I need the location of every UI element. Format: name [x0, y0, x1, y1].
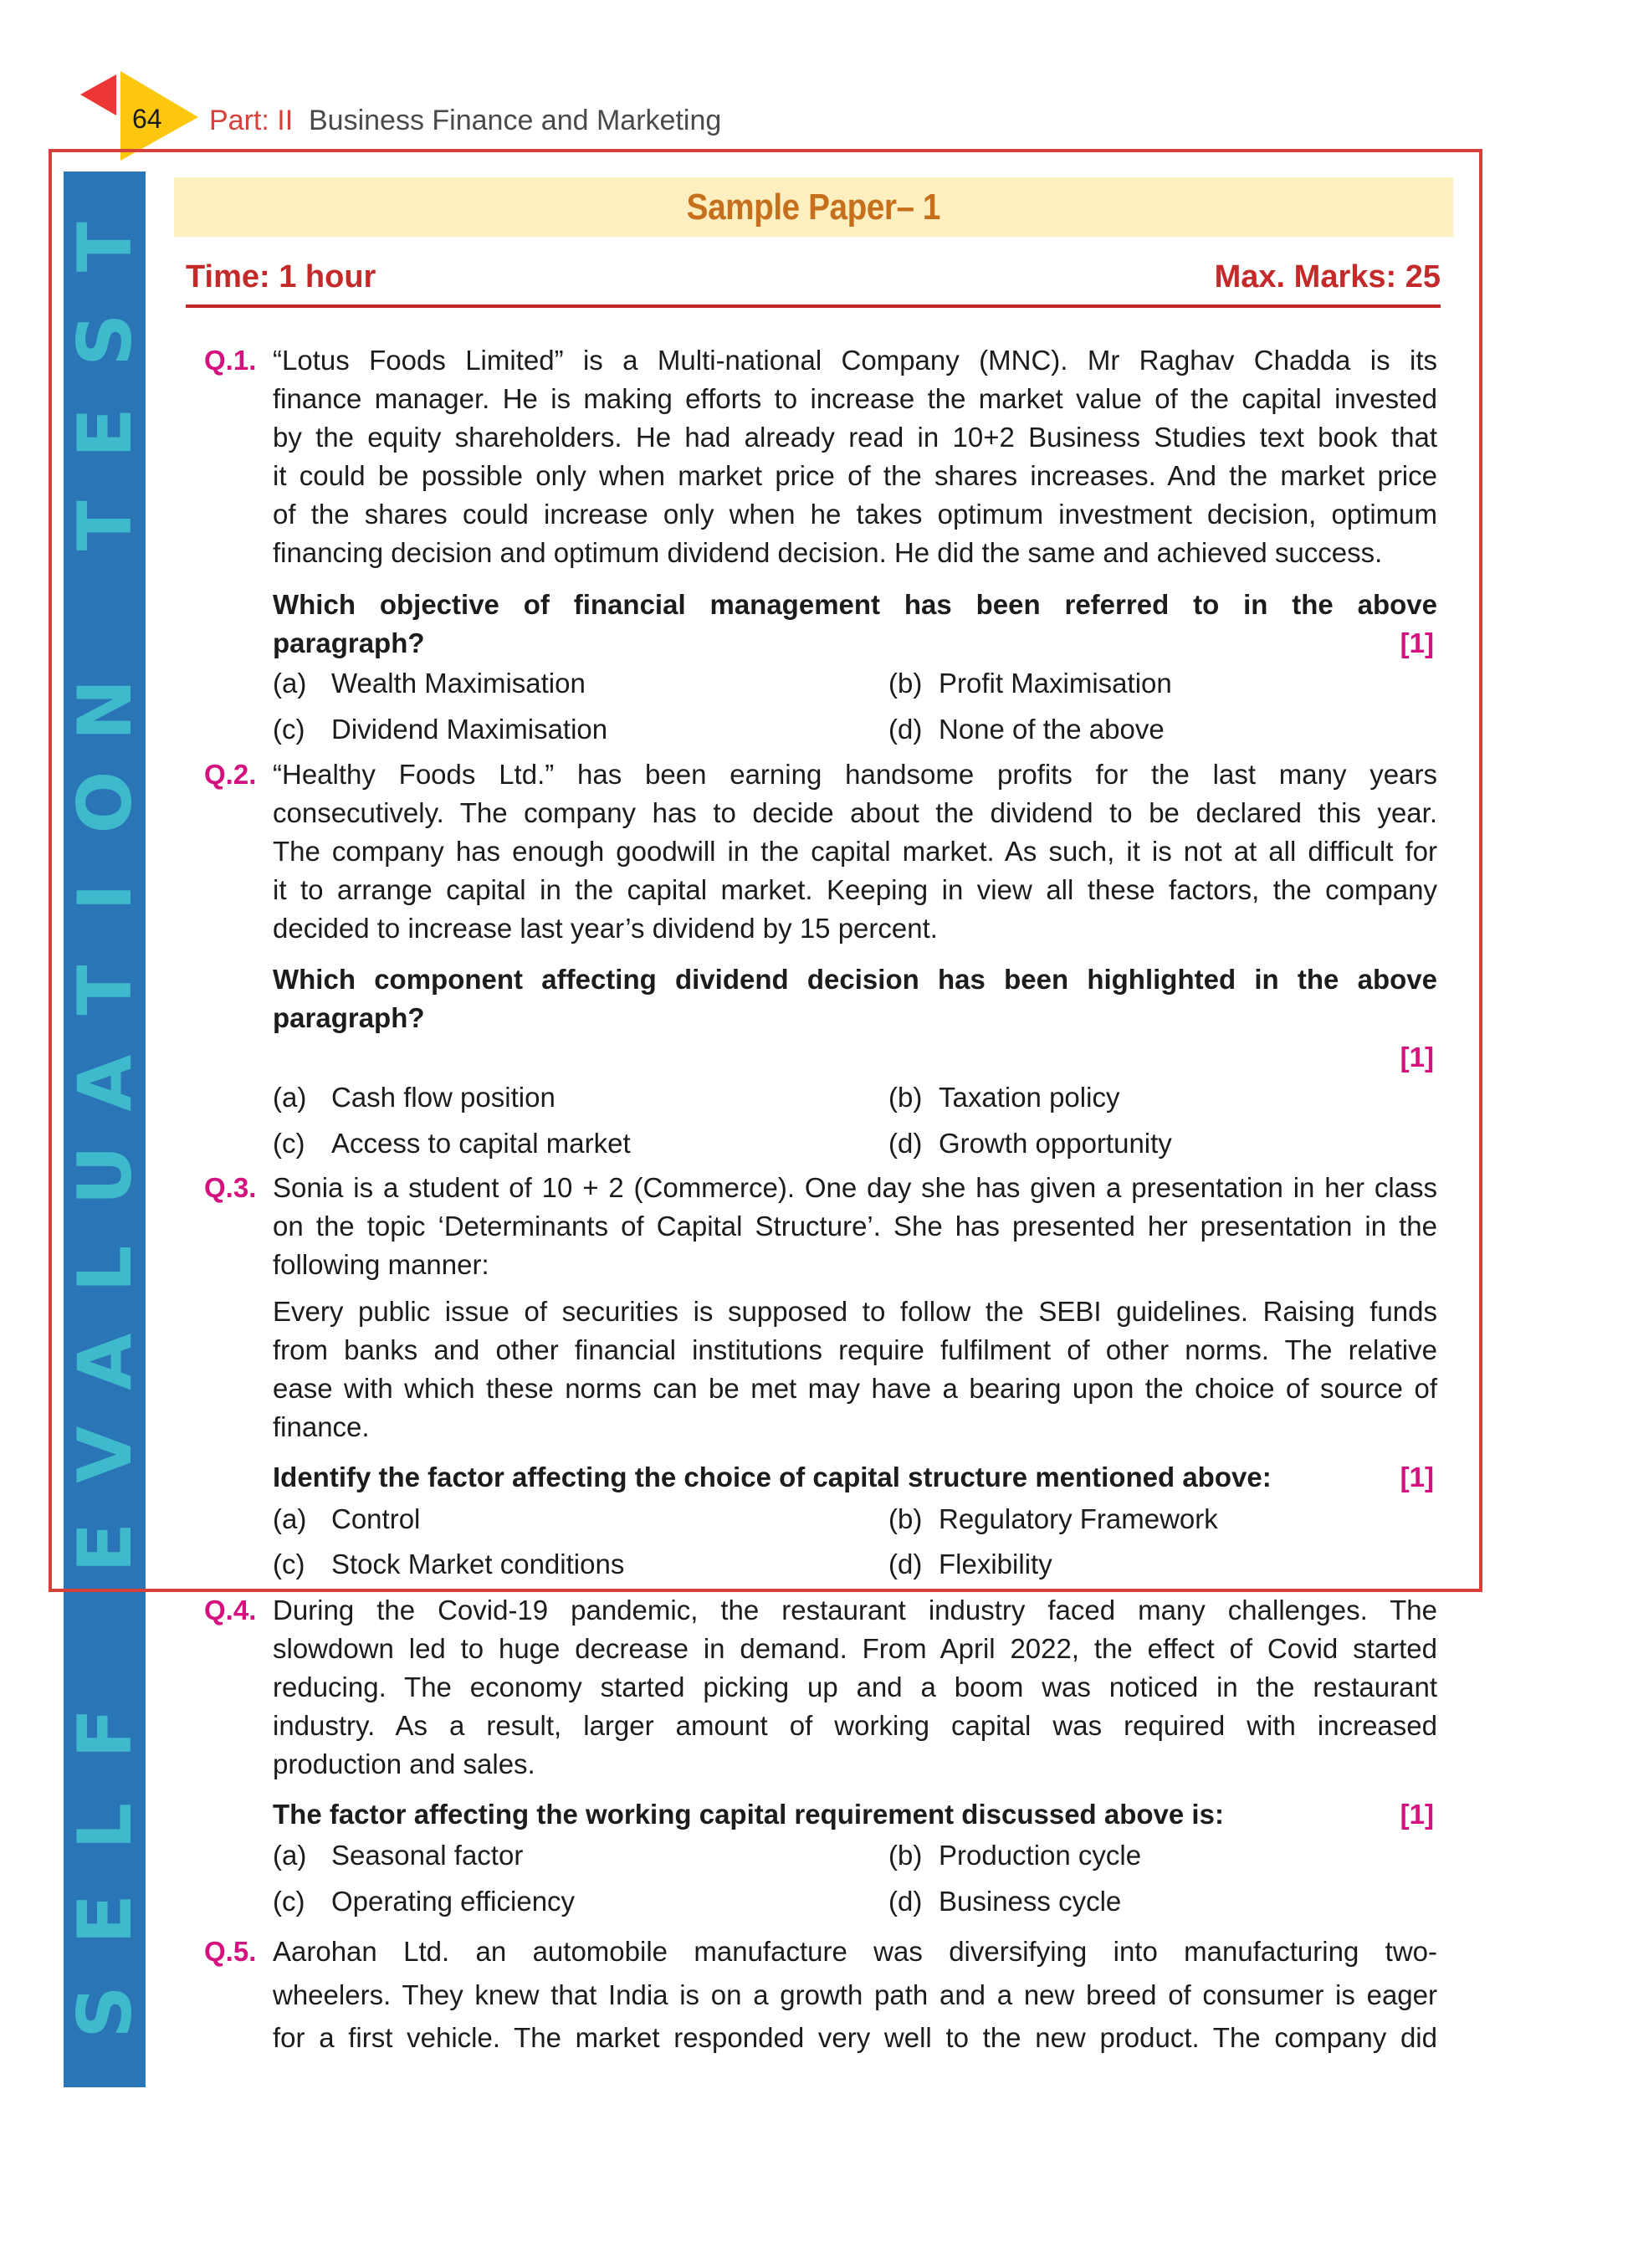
sidebar-letter: T — [62, 496, 148, 555]
sidebar-letter: E — [62, 1518, 148, 1577]
marks-badge: [1] — [1400, 1462, 1434, 1493]
sidebar-letter: T — [62, 960, 148, 1019]
option-a: (a)Cash flow position — [273, 1082, 555, 1114]
question-number: Q.1. — [204, 345, 256, 376]
option-c: (c)Dividend Maximisation — [273, 714, 607, 745]
question-text-line: “Lotus Foods Limited” is a Multi-nationa… — [273, 345, 1437, 376]
sidebar-letter: E — [62, 403, 148, 462]
option-d: (d)Business cycle — [888, 1886, 1121, 1917]
sidebar-letter: T — [62, 218, 148, 276]
header-part-label: Part: II — [209, 105, 301, 137]
question-text-line: by the equity shareholders. He had alrea… — [273, 422, 1437, 453]
sidebar-letter: V — [62, 1426, 148, 1484]
question-prompt: Which component affecting dividend decis… — [273, 964, 1437, 996]
question-text-line: Every public issue of securities is supp… — [273, 1296, 1437, 1328]
question-text-line: decided to increase last year’s dividend… — [273, 913, 1437, 945]
question-number: Q.3. — [204, 1172, 256, 1204]
question-text-line: on the topic ‘Determinants of Capital St… — [273, 1211, 1437, 1242]
option-d: (d)None of the above — [888, 714, 1165, 745]
question-text-line: finance. — [273, 1411, 1437, 1443]
question-number: Q.4. — [204, 1595, 256, 1626]
question-text-line: it could be possible only when market pr… — [273, 460, 1437, 492]
sidebar-letter: I — [62, 868, 148, 926]
sidebar-self-evaluation-test: SELF EVALUATION TEST — [64, 172, 146, 2087]
question-prompt: The factor affecting the working capital… — [273, 1799, 1437, 1830]
header-book-title: Business Finance and Marketing — [309, 105, 721, 137]
sidebar-letter: O — [62, 775, 148, 833]
option-b: (b)Taxation policy — [888, 1082, 1119, 1114]
question-number: Q.2. — [204, 759, 256, 791]
paper-title: Sample Paper– 1 — [687, 187, 940, 228]
question-number: Q.5. — [204, 1936, 256, 1968]
question-prompt: paragraph? — [273, 627, 1437, 659]
question-text-line: ease with which these norms can be met m… — [273, 1373, 1437, 1405]
marks-badge: [1] — [1400, 1799, 1434, 1830]
marks-badge: [1] — [1400, 627, 1434, 659]
question-text-line: following manner: — [273, 1249, 1437, 1281]
question-prompt: paragraph? — [273, 1002, 1437, 1034]
sidebar-letter: L — [62, 1240, 148, 1298]
sidebar-letter — [62, 589, 148, 648]
question-prompt: Which objective of financial management … — [273, 589, 1437, 621]
question-text-line: production and sales. — [273, 1748, 1437, 1780]
question-text-line: During the Covid-19 pandemic, the restau… — [273, 1595, 1437, 1626]
option-a: (a)Control — [273, 1503, 420, 1535]
time-allowed: Time: 1 hour — [186, 259, 376, 295]
question-text-line: wheelers. They knew that India is on a g… — [273, 1979, 1437, 2011]
sidebar-letter: S — [62, 1983, 148, 2041]
max-marks: Max. Marks: 25 — [1215, 259, 1441, 295]
option-d: (d)Growth opportunity — [888, 1128, 1172, 1160]
sidebar-letter: A — [62, 1054, 148, 1113]
option-b: (b)Regulatory Framework — [888, 1503, 1218, 1535]
option-c: (c)Stock Market conditions — [273, 1549, 624, 1580]
question-text-line: for a first vehicle. The market responde… — [273, 2022, 1437, 2054]
question-text-line: finance manager. He is making efforts to… — [273, 383, 1437, 415]
option-a: (a)Wealth Maximisation — [273, 668, 586, 699]
question-text-line: from banks and other financial instituti… — [273, 1334, 1437, 1366]
question-text-line: of the shares could increase only when h… — [273, 499, 1437, 530]
sidebar-letter: F — [62, 1704, 148, 1763]
question-text-line: Aarohan Ltd. an automobile manufacture w… — [273, 1936, 1437, 1968]
marks-badge: [1] — [1400, 1042, 1434, 1073]
question-text-line: financing decision and optimum dividend … — [273, 537, 1437, 569]
sidebar-letter: L — [62, 1797, 148, 1856]
question-prompt: Identify the factor affecting the choice… — [273, 1462, 1437, 1493]
page-number: 64 — [132, 104, 162, 135]
option-b: (b)Production cycle — [888, 1840, 1141, 1871]
question-text-line: The company has enough goodwill in the c… — [273, 836, 1437, 868]
sidebar-vertical-label: SELF EVALUATION TEST — [64, 218, 146, 2041]
sidebar-letter: N — [62, 682, 148, 740]
question-text-line: slowdown led to huge decrease in demand.… — [273, 1633, 1437, 1665]
option-c: (c)Access to capital market — [273, 1128, 631, 1160]
sidebar-letter: U — [62, 1147, 148, 1206]
question-text-line: consecutively. The company has to decide… — [273, 797, 1437, 829]
header-rule — [186, 305, 1441, 308]
paper-title-band: Sample Paper– 1 — [174, 177, 1453, 237]
question-text-line: “Healthy Foods Ltd.” has been earning ha… — [273, 759, 1437, 791]
question-text-line: it to arrange capital in the capital mar… — [273, 874, 1437, 906]
sidebar-letter: S — [62, 310, 148, 369]
option-a: (a)Seasonal factor — [273, 1840, 523, 1871]
option-b: (b)Profit Maximisation — [888, 668, 1172, 699]
sidebar-letter: A — [62, 1333, 148, 1391]
question-text-line: industry. As a result, larger amount of … — [273, 1710, 1437, 1742]
option-c: (c)Operating efficiency — [273, 1886, 575, 1917]
sidebar-letter — [62, 1611, 148, 1670]
sidebar-letter: E — [62, 1890, 148, 1948]
question-text-line: reducing. The economy started picking up… — [273, 1672, 1437, 1703]
option-d: (d)Flexibility — [888, 1549, 1052, 1580]
question-text-line: Sonia is a student of 10 + 2 (Commerce).… — [273, 1172, 1437, 1204]
